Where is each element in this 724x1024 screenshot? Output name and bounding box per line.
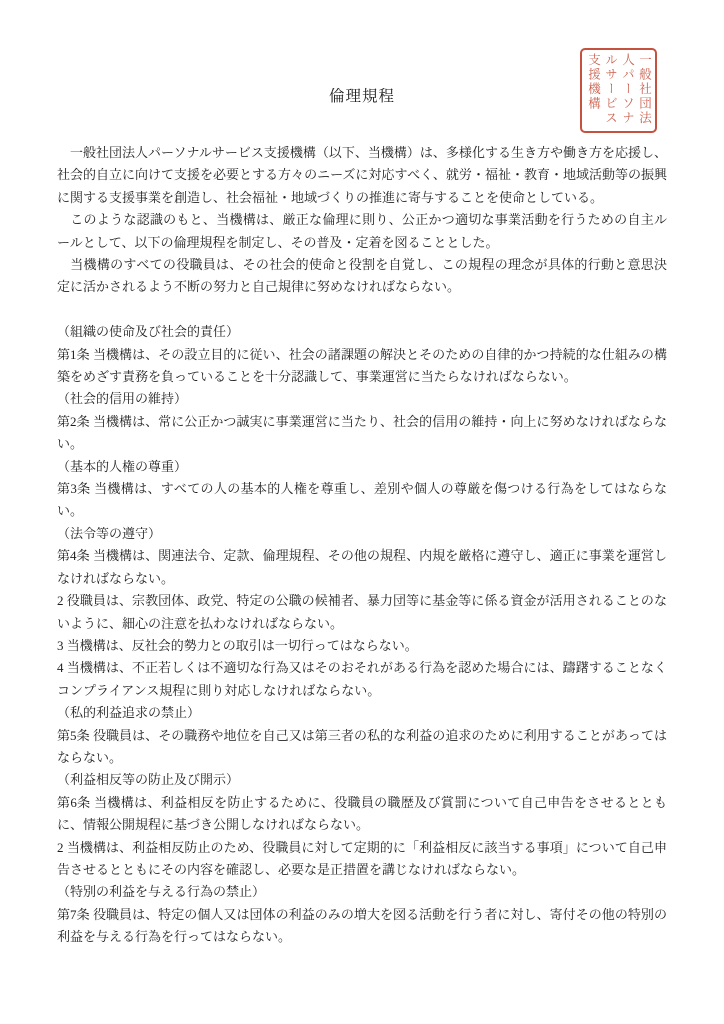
- intro-paragraph: 当機構のすべての役職員は、その社会的使命と役割を自覚し、この規程の理念が具体的行…: [57, 254, 667, 299]
- article-heading: （法令等の遵守）: [57, 523, 667, 545]
- article-clause: 2 当機構は、利益相反防止のため、役職員に対して定期的に「利益相反に該当する事項…: [57, 837, 667, 882]
- article-heading: （基本的人権の尊重）: [57, 456, 667, 478]
- intro-paragraph: 一般社団法人パーソナルサービス支援機構（以下、当機構）は、多様化する生き方や働き…: [57, 142, 667, 209]
- article-clause: 第6条 当機構は、利益相反を防止するために、役職員の職歴及び賞罰について自己申告…: [57, 792, 667, 837]
- article-clause: 4 当機構は、不正若しくは不適切な行為又はそのおそれがある行為を認めた場合には、…: [57, 657, 667, 702]
- article-heading: （利益相反等の防止及び開示）: [57, 769, 667, 791]
- page-title: 倫理規程: [0, 84, 724, 106]
- intro-paragraph: このような認識のもと、当機構は、厳正な倫理に則り、公正かつ適切な事業活動を行うた…: [57, 209, 667, 254]
- article-heading: （組織の使命及び社会的責任）: [57, 321, 667, 343]
- article-heading: （社会的信用の維持）: [57, 388, 667, 410]
- document-page: 一般社団法人パーソナルサービス支援機構 倫理規程 一般社団法人パーソナルサービス…: [0, 0, 724, 1024]
- article-clause: 第1条 当機構は、その設立目的に従い、社会の諸課題の解決とそのための自律的かつ持…: [57, 344, 667, 389]
- article-heading: （特別の利益を与える行為の禁止）: [57, 881, 667, 903]
- blank-line: [57, 299, 667, 321]
- article-heading: （私的利益追求の禁止）: [57, 702, 667, 724]
- article-clause: 第4条 当機構は、関連法令、定款、倫理規程、その他の規程、内規を厳格に遵守し、適…: [57, 545, 667, 590]
- article-clause: 第5条 役職員は、その職務や地位を自己又は第三者の私的な利益の追求のために利用す…: [57, 725, 667, 770]
- article-clause: 第7条 役職員は、特定の個人又は団体の利益のみの増大を図る活動を行う者に対し、寄…: [57, 904, 667, 949]
- article-clause: 第3条 当機構は、すべての人の基本的人権を尊重し、差別や個人の尊厳を傷つける行為…: [57, 478, 667, 523]
- article-clause: 2 役職員は、宗教団体、政党、特定の公職の候補者、暴力団等に基金等に係る資金が活…: [57, 590, 667, 635]
- article-clause: 3 当機構は、反社会的勢力との取引は一切行ってはならない。: [57, 635, 667, 657]
- article-clause: 第2条 当機構は、常に公正かつ誠実に事業運営に当たり、社会的信用の維持・向上に努…: [57, 411, 667, 456]
- document-body: 一般社団法人パーソナルサービス支援機構（以下、当機構）は、多様化する生き方や働き…: [57, 142, 667, 949]
